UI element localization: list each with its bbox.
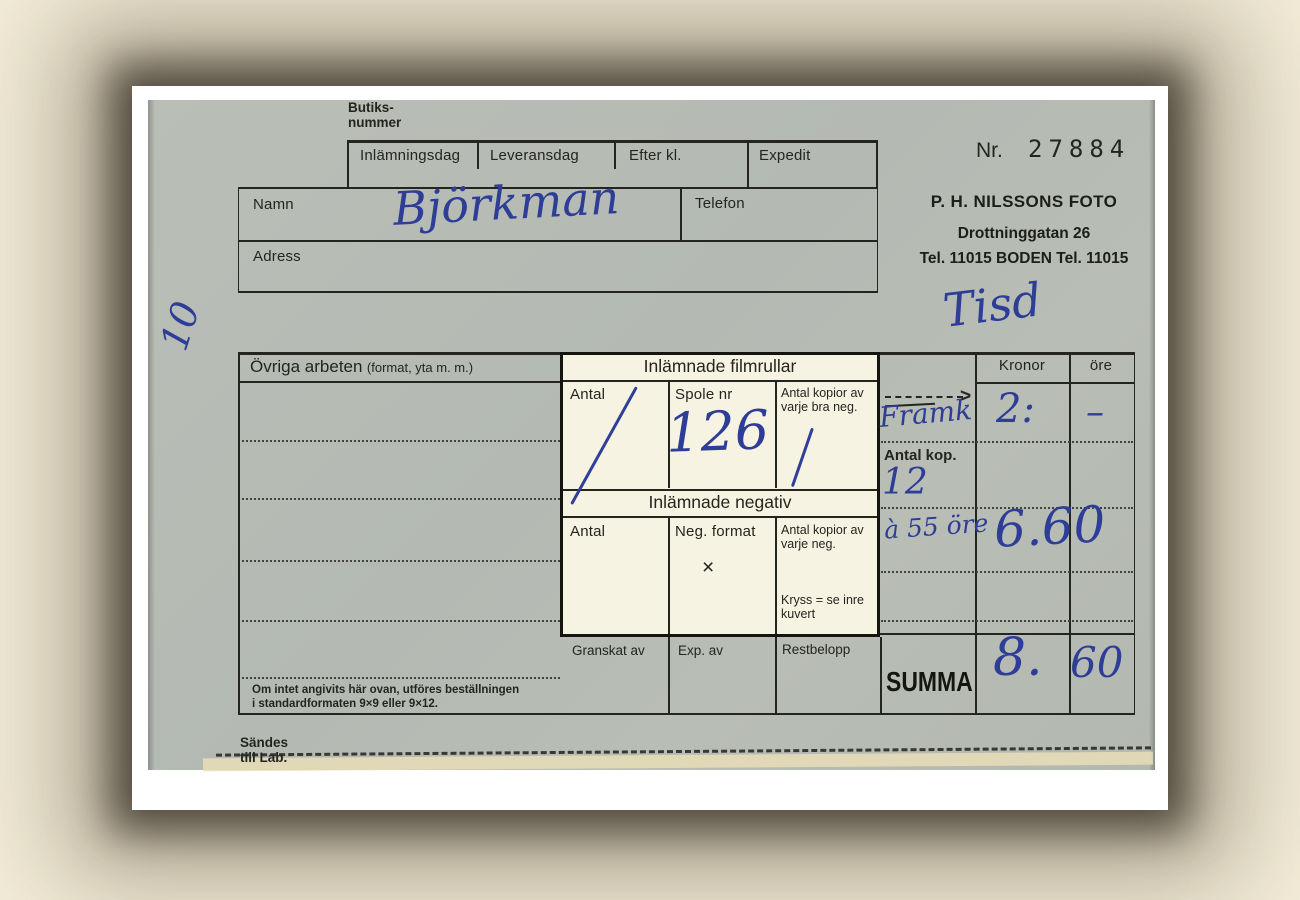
neg-antal-label: Antal: [570, 523, 605, 540]
handwritten-summa-ore: 60: [1070, 638, 1123, 687]
summa-label: SUMMA: [886, 666, 973, 698]
header-box-left-border: [347, 140, 349, 188]
shop-street: Drottninggatan 26: [890, 225, 1158, 243]
nr-label: Nr.: [976, 139, 1003, 163]
kronor-label: Kronor: [975, 357, 1069, 374]
header-divider-tick-1: [477, 142, 479, 169]
adress-label: Adress: [253, 248, 301, 265]
telefon-label: Telefon: [695, 195, 745, 212]
handwritten-day-note: Tisd: [940, 272, 1044, 338]
money-row-line-1: [881, 441, 1133, 443]
neg-format-label: Neg. format: [675, 523, 756, 540]
neg-col-divider-1: [668, 517, 670, 634]
ovriga-row-line-4: [242, 620, 560, 622]
ovriga-row-line-5: [242, 677, 560, 679]
ovriga-arbeten-heading: Övriga arbeten (format, yta m. m.): [250, 357, 473, 377]
money-row-line-4: [881, 620, 1133, 622]
money-row-line-3: [881, 571, 1133, 573]
bottom-row-divider-1: [668, 637, 670, 713]
header-divider-tick-2: [614, 142, 616, 169]
leveransdag-label: Leveransdag: [490, 147, 579, 164]
handwritten-kronor-row1: 2:: [996, 386, 1035, 432]
photo-mat: Butiks- nummer Inlämningsdag Leveransdag…: [132, 86, 1168, 810]
handwritten-margin-number: 10: [152, 296, 209, 356]
receipt-number: 27884: [1028, 135, 1130, 163]
filmrullar-title: Inlämnade filmrullar: [560, 356, 880, 377]
namn-label: Namn: [253, 196, 294, 213]
sandes-till-lab-label: Sändes till Lab.: [240, 735, 288, 765]
neg-col-divider-2: [775, 517, 777, 634]
summa-cell-left-border: [880, 637, 882, 713]
expedit-label: Expedit: [759, 147, 810, 164]
kopior-bra-label: Antal kopior av varje bra neg.: [781, 386, 876, 414]
handwritten-summa-kronor: 8.: [993, 628, 1043, 688]
shop-name: P. H. NILSSONS FOTO: [890, 192, 1158, 212]
ore-label: öre: [1069, 357, 1133, 374]
handwritten-price-each: à 55 öre: [883, 508, 989, 544]
shop-telephone: Tel. 11015 BODEN Tel. 11015: [890, 250, 1158, 268]
kryss-note: Kryss = se inre kuvert: [781, 593, 876, 621]
money-header-underline: [975, 382, 1134, 384]
efter-kl-label: Efter kl.: [629, 147, 682, 164]
table-left-border: [238, 352, 240, 715]
granskat-av-label: Granskat av: [572, 643, 645, 658]
header-box-top-border: [347, 140, 878, 143]
header-box-right-border: [876, 140, 878, 188]
handwritten-amount: 6.60: [993, 495, 1107, 559]
ovriga-row-line-2: [242, 498, 560, 500]
butiksnummer-label: Butiks- nummer: [348, 100, 401, 130]
exp-av-label: Exp. av: [678, 643, 723, 658]
ovriga-heading-underline: [238, 381, 560, 383]
ovriga-row-line-1: [242, 440, 560, 442]
handwritten-ore-row1: –: [1086, 392, 1104, 433]
film-antal-label: Antal: [570, 386, 605, 403]
ovriga-row-line-3: [242, 560, 560, 562]
negativ-title-topline: [563, 489, 877, 491]
cross-mark: ×: [702, 556, 714, 580]
paper-left-edge: [148, 100, 155, 770]
negativ-title-underline: [563, 516, 877, 518]
bottom-row-divider-2: [775, 637, 777, 713]
table-right-border: [1134, 352, 1136, 715]
inlamningsdag-label: Inlämningsdag: [360, 147, 460, 164]
order-form-paper: Butiks- nummer Inlämningsdag Leveransdag…: [148, 100, 1155, 770]
name-address-divider: [238, 240, 878, 242]
header-divider-expedit: [747, 142, 749, 188]
telefon-divider: [680, 189, 682, 240]
table-bottom-border: [238, 713, 1135, 715]
negativ-title: Inlämnade negativ: [560, 492, 880, 513]
handwritten-framkallning: Framk: [878, 393, 974, 434]
standard-format-note: Om intet angivits här ovan, utföres best…: [252, 683, 519, 711]
filmrullar-title-underline: [563, 380, 877, 382]
handwritten-antal-kopior: 12: [882, 462, 928, 503]
film-col-divider-2: [775, 382, 777, 488]
kopior-neg-label: Antal kopior av varje neg.: [781, 523, 876, 551]
restbelopp-label: Restbelopp: [782, 642, 850, 657]
handwritten-spole-nr: 126: [665, 398, 770, 465]
